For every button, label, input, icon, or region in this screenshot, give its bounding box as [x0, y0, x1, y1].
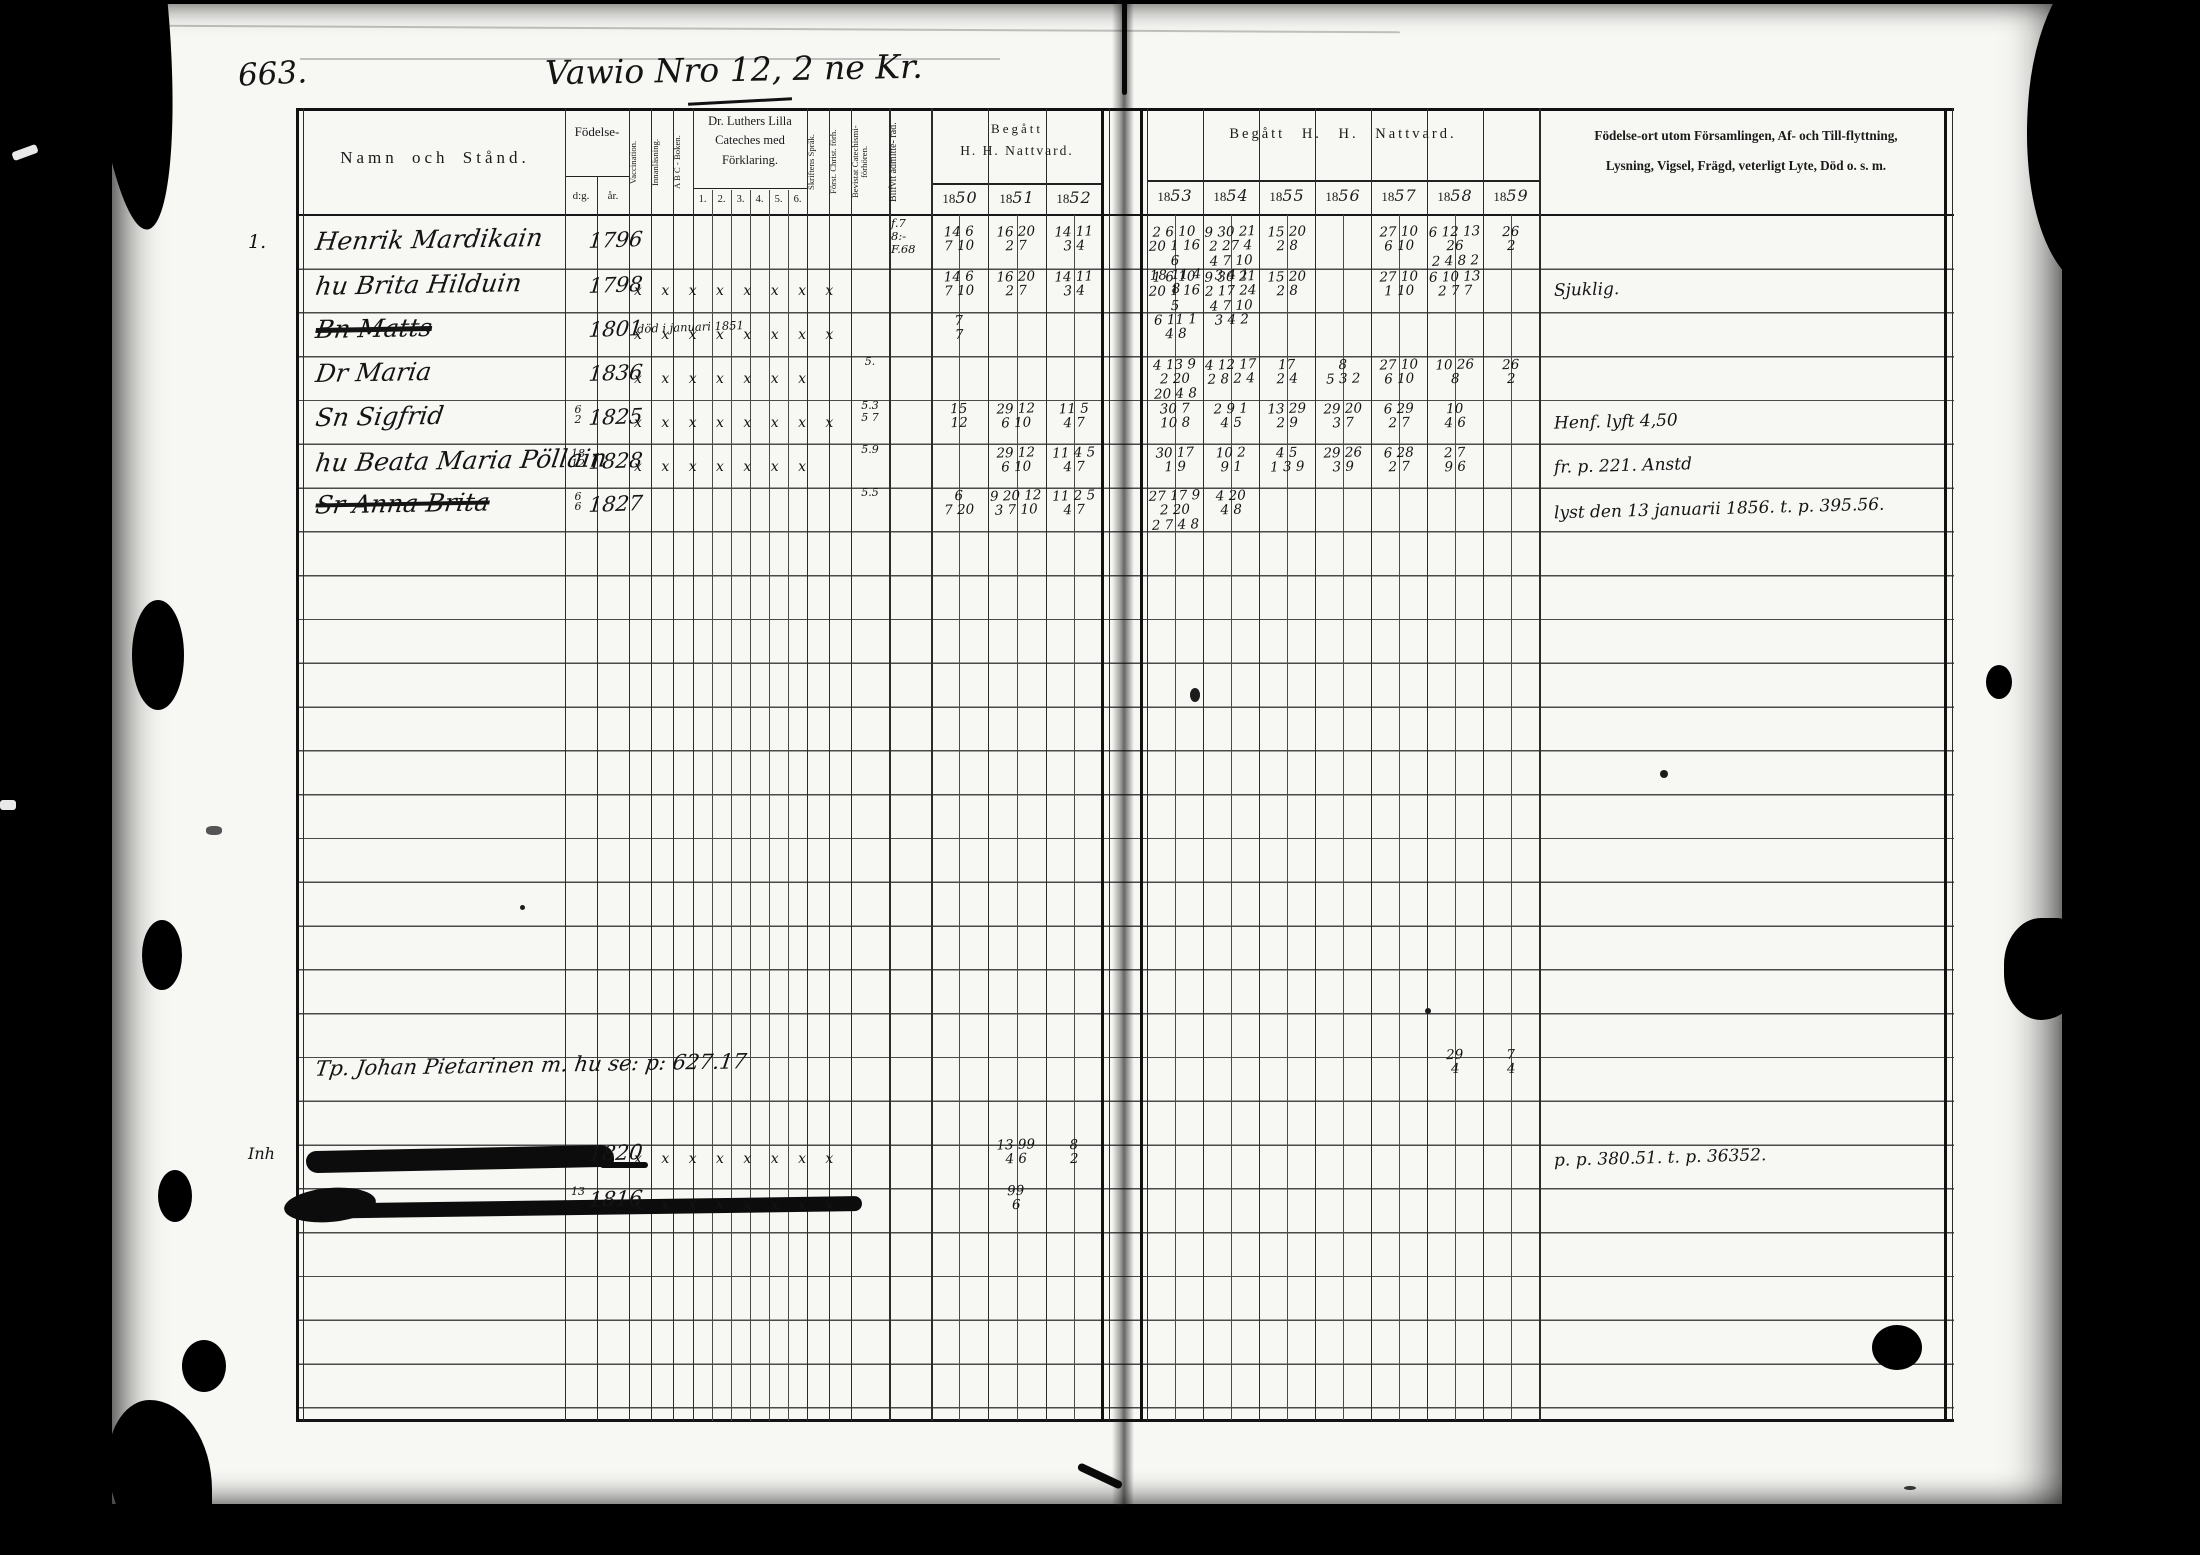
reading-marks: x x x x x x x — [634, 371, 813, 387]
communion-1857: 6 29 2 7 — [1372, 401, 1427, 431]
communion-1857: 27 10 1 10 — [1372, 269, 1427, 299]
table-row: Tp. Johan Pietarinen m. hu se: p: 627.17… — [0, 1046, 2200, 1092]
communion-1852: 11 2 5 4 7 — [1047, 488, 1102, 518]
person-name: hu Beata Maria Pöllain — [314, 443, 609, 477]
communion-1851: 29 12 6 10 — [989, 401, 1044, 431]
communion-1852: 11 5 4 7 — [1047, 401, 1102, 431]
communion-1851: 9 20 12 3 7 10 — [989, 488, 1044, 518]
margin-note: Henf. lyft 4,50 — [1554, 410, 1678, 433]
year-1859-header: 1859 — [1484, 186, 1538, 205]
table-row: 1. Henrik Mardikain 1796 f.7 8:- F.68 14… — [0, 223, 2200, 269]
communion-1858: 6 10 13 2 7 7 — [1428, 269, 1483, 299]
row-index: Inh — [248, 1144, 275, 1163]
person-name: Tp. Johan Pietarinen m. hu se: p: 627.17 — [314, 1049, 748, 1080]
notes-column-header-line1: Födelse-ort utom Församlingen, Af- och T… — [1546, 128, 1946, 144]
admitted-column-header: Blifvit admitte- rad. — [889, 112, 931, 212]
birth-day: 13 — [566, 1187, 590, 1197]
year-1853-header: 1853 — [1148, 186, 1202, 205]
communion-1850: 7 7 — [932, 313, 987, 343]
communion-1855: 15 20 2 8 — [1260, 224, 1315, 254]
table-row: hu Beata Maria Pöllain 18 12 1828 x x x … — [0, 444, 2200, 490]
page-title: Vawio Nro 12, 2 ne Kr. — [545, 47, 923, 93]
person-name: Sr Anna Brita — [314, 487, 492, 519]
communion-1857: 27 10 6 10 — [1372, 357, 1427, 387]
cateches-sub-5: 5. — [769, 194, 788, 205]
communion-1851: 16 20 2 7 — [989, 224, 1044, 254]
communion-1853: 30 7 10 8 — [1148, 401, 1203, 431]
communion-1856: 29 26 3 9 — [1316, 445, 1371, 475]
year-1854-header: 1854 — [1204, 186, 1258, 205]
communion-1854: 4 12 17 2 8 2 4 — [1204, 357, 1259, 387]
catechism-mark: 5.9 — [852, 444, 888, 456]
person-name: Henrik Mardikain — [314, 223, 545, 256]
communion-1858: 6 12 13 26 2 4 8 2 — [1427, 224, 1482, 269]
margin-note: Sjuklig. — [1554, 279, 1620, 301]
year-1850-header: 1850 — [932, 188, 988, 207]
title-underline — [688, 97, 792, 105]
table-row: 13 1816 x x x x x x x x 99 6 — [0, 1182, 2200, 1228]
first-communion-column-header: Först. Christ. förh. — [829, 112, 851, 212]
communion-1855: 15 20 2 8 — [1260, 269, 1315, 299]
page-content: 663. Vawio Nro 12, 2 ne Kr. — [0, 0, 2200, 1555]
row-index: 1. — [248, 231, 266, 253]
catechism-mark: 5.3 5 7 — [852, 400, 888, 424]
table-row: Inh 1820 x x x x x x x x 13 99 4 6 8 2 p… — [0, 1136, 2200, 1182]
communion-1851: 99 6 — [989, 1183, 1044, 1213]
cateches-column-header: Dr. Luthers Lilla Cateches med Förklarin… — [695, 112, 805, 170]
person-name: Bn Matts — [314, 313, 434, 344]
communion-right-title: Begått H. H. Nattvard. — [1147, 126, 1539, 143]
communion-1857: 27 10 6 10 — [1372, 224, 1427, 254]
communion-left-title-1: Begått — [931, 121, 1103, 137]
communion-1857: 6 28 2 7 — [1372, 445, 1427, 475]
communion-1858: 29 4 — [1428, 1047, 1483, 1077]
communion-1852: 14 11 3 4 — [1047, 224, 1102, 254]
communion-1856: 29 20 3 7 — [1316, 401, 1371, 431]
communion-1855: 13 29 2 9 — [1260, 401, 1315, 431]
person-name: Sn Sigfrid — [314, 401, 446, 432]
communion-1858: 10 26 8 — [1428, 357, 1483, 387]
year-1856-header: 1856 — [1316, 186, 1370, 205]
communion-1852: 11 4 5 4 7 — [1047, 445, 1102, 475]
reading-marks: x x x x x x x x — [634, 415, 841, 431]
birth-year-header: år. — [597, 190, 629, 202]
communion-1859: 26 2 — [1484, 357, 1539, 387]
year-1852-header: 1852 — [1047, 188, 1101, 207]
communion-1854: 2 9 1 4 5 — [1204, 401, 1259, 431]
cateches-sub-6: 6. — [788, 194, 807, 205]
communion-1851: 29 12 6 10 — [989, 445, 1044, 475]
cateches-sub-3: 3. — [731, 194, 750, 205]
table-row: Dr Maria 1836 x x x x x x x 5. 4 13 9 2 … — [0, 356, 2200, 402]
communion-1850: 14 6 7 10 — [932, 224, 987, 254]
table-row: Bn Matts 1801 x x x x x x x x död i janu… — [0, 312, 2200, 358]
communion-1852: 14 11 3 4 — [1047, 269, 1102, 299]
page-number: 663. — [237, 54, 308, 94]
catechism-mark: 5.5 — [852, 487, 888, 499]
communion-left-title-2: H. H. Nattvard. — [931, 143, 1103, 159]
communion-1859: 26 2 — [1484, 224, 1539, 254]
name-column-header: Namn och Stånd. — [310, 148, 560, 168]
scripture-language-column-header: Skriftens Språk. — [807, 112, 829, 212]
birth-column-header: Födelse- — [565, 124, 629, 140]
communion-1850: 6 7 20 — [932, 488, 987, 518]
reading-marks: x x x x x x x x — [634, 1151, 841, 1167]
communion-1850: 14 6 7 10 — [932, 269, 987, 299]
table-row: Sr Anna Brita 6 6 1827 5.5 6 7 20 9 20 1… — [0, 487, 2200, 533]
person-name: Dr Maria — [314, 357, 434, 388]
year-1851-header: 1851 — [989, 188, 1045, 207]
birth-year: 1796 — [588, 227, 644, 253]
table-row: hu Brita Hilduin 1798 x x x x x x x x 14… — [0, 268, 2200, 314]
table-row: Sn Sigfrid 6 2 1825 x x x x x x x x 5.3 … — [0, 400, 2200, 446]
notes-column-header-line2: Lysning, Vigsel, Frägd, veterligt Lyte, … — [1546, 158, 1946, 174]
communion-1853: 27 17 9 2 20 2 7 4 8 — [1147, 488, 1202, 533]
margin-note: p. p. 380.51. t. p. 36352. — [1554, 1145, 1767, 1171]
cateches-sub-4: 4. — [750, 194, 769, 205]
reading-column-header: Innanläsning. — [651, 112, 673, 212]
communion-1855: 17 2 4 — [1260, 357, 1315, 387]
communion-1852: 8 2 — [1047, 1137, 1102, 1167]
book-fold-top — [1122, 0, 1127, 95]
abc-book-column-header: A B C - Boken. — [673, 112, 693, 212]
birth-day-header: d:g. — [565, 190, 597, 202]
reading-marks: x x x x x x x x — [634, 1197, 841, 1213]
birth-day: 18 12 — [566, 449, 590, 470]
vaccination-column-header: Vaccination. — [629, 112, 651, 212]
communion-1856: 8 5 3 2 — [1316, 357, 1371, 387]
communion-1851: 16 20 2 7 — [989, 269, 1044, 299]
year-1855-header: 1855 — [1260, 186, 1314, 205]
birth-day: 6 2 — [566, 405, 590, 426]
communion-1859: 7 4 — [1484, 1047, 1539, 1077]
communion-1853: 30 17 1 9 — [1148, 445, 1203, 475]
communion-1853: 4 13 9 2 20 20 4 8 — [1147, 357, 1202, 402]
margin-note: fr. p. 221. Anstd — [1554, 454, 1692, 478]
communion-1858: 2 7 9 6 — [1428, 445, 1483, 475]
communion-1858: 10 4 6 — [1428, 401, 1483, 431]
ink-blot — [306, 1145, 614, 1173]
admitted-mark: f.7 8:- F.68 — [891, 217, 931, 257]
year-1857-header: 1857 — [1372, 186, 1426, 205]
birth-day: 6 6 — [566, 492, 590, 513]
cateches-sub-1: 1. — [693, 194, 712, 205]
margin-note: lyst den 13 januarii 1856. t. p. 395.56. — [1554, 495, 1885, 524]
person-name: hu Brita Hilduin — [314, 268, 524, 301]
year-1858-header: 1858 — [1428, 186, 1482, 205]
catechism-mark: 5. — [852, 356, 888, 368]
book-fold — [1112, 0, 1134, 1506]
reading-marks: x x x x x x x — [634, 459, 813, 475]
birth-year: 1827 — [588, 491, 644, 517]
catechism-exams-column-header: Bevistat Catechismi- förhören. — [851, 112, 889, 212]
cateches-sub-2: 2. — [712, 194, 731, 205]
reading-marks: x x x x x x x x — [634, 283, 841, 299]
communion-1854: 10 2 9 1 — [1204, 445, 1259, 475]
scanned-parish-register: { "page_number": "663.", "title": "Vawio… — [0, 0, 2200, 1555]
communion-1850: 15 12 — [932, 401, 987, 431]
communion-1851: 13 99 4 6 — [989, 1137, 1044, 1167]
communion-1854: 4 20 4 8 — [1204, 488, 1259, 518]
communion-1855: 4 5 1 3 9 — [1260, 445, 1315, 475]
